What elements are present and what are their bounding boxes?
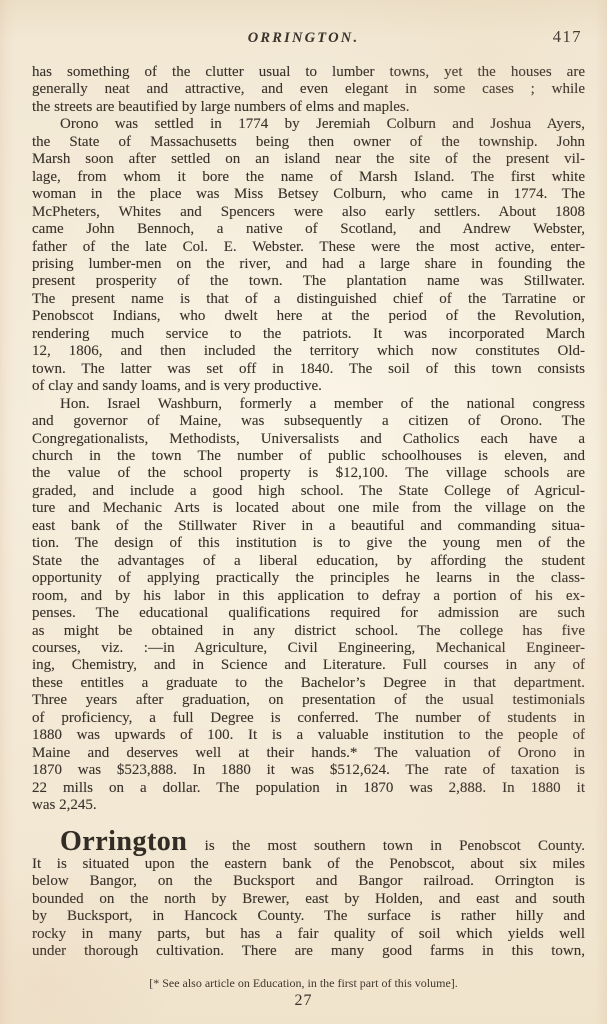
page-header: ORRINGTON. 417: [0, 0, 607, 52]
paragraph: Orrington is the most southern town in P…: [32, 833, 585, 960]
text-line: Penobscot Indians, who dwelt here at the…: [32, 308, 585, 325]
text-line: Maine and deserves well at their hands.*…: [32, 745, 585, 762]
text-line: and governor of Maine, was subsequently …: [32, 413, 585, 430]
text-line: ing, Chemistry, and in Science and Liter…: [32, 657, 585, 674]
text-line: of clay and sandy loams, and is very pro…: [32, 378, 585, 395]
text-line: Marsh soon after settled on an island ne…: [32, 151, 585, 168]
text-line: State the advantages of a liberal educat…: [32, 553, 585, 570]
text-line: below Bangor, on the Bucksport and Bango…: [32, 873, 585, 890]
signature-number: 27: [0, 992, 607, 1010]
text-line: town. The latter was set off in 1840. Th…: [32, 361, 585, 378]
text-line: came John Bennoch, a native of Scotland,…: [32, 221, 585, 238]
text-line: rendering much service to the patriots. …: [32, 326, 585, 343]
footnote: [* See also article on Education, in the…: [0, 976, 607, 991]
paragraph: has something of the clutter usual to lu…: [32, 64, 585, 116]
text-line: has something of the clutter usual to lu…: [32, 64, 585, 81]
text-line: the value of the school property is $12,…: [32, 465, 585, 482]
text-line: room, and by his labor in this applicati…: [32, 588, 585, 605]
text-line: church in the town The number of public …: [32, 448, 585, 465]
paragraph: Hon. Israel Washburn, formerly a member …: [32, 396, 585, 815]
text-line: graded, and include a good high school. …: [32, 483, 585, 500]
text-line: east bank of the Stillwater River in a b…: [32, 518, 585, 535]
page-number: 417: [553, 27, 582, 47]
section-lead-word: Orrington: [60, 826, 187, 857]
text-line: of proficiency, a full Degree is conferr…: [32, 710, 585, 727]
text-line: Orrington is the most southern town in P…: [32, 833, 585, 855]
book-page: ORRINGTON. 417 has something of the clut…: [0, 0, 607, 1024]
paragraph: Orono was settled in 1774 by Jeremiah Co…: [32, 116, 585, 395]
text-line: the streets are beautified by large numb…: [32, 99, 585, 116]
text-line: 22 mills on a dollar. The population in …: [32, 780, 585, 797]
text-line: tion. The design of this institution is …: [32, 535, 585, 552]
text-line: was 2,245.: [32, 797, 585, 814]
text-line: ture and Mechanic Arts is located about …: [32, 500, 585, 517]
text-line: as might be obtained in any district sch…: [32, 623, 585, 640]
page-body: has something of the clutter usual to lu…: [0, 52, 607, 961]
text-line: by Bucksport, in Hancock County. The sur…: [32, 908, 585, 925]
text-line: penses. The educational qualifications r…: [32, 605, 585, 622]
text-line: Three years after graduation, on present…: [32, 692, 585, 709]
text-line: Orono was settled in 1774 by Jeremiah Co…: [32, 116, 585, 133]
text-line: Hon. Israel Washburn, formerly a member …: [32, 396, 585, 413]
text-line: 1870 was $523,888. In 1880 it was $512,6…: [32, 762, 585, 779]
text-line: Congregationalists, Methodists, Universa…: [32, 431, 585, 448]
text-line: opportunity of applying practically the …: [32, 570, 585, 587]
text-line: The present name is that of a distinguis…: [32, 291, 585, 308]
text-line: It is situated upon the eastern bank of …: [32, 856, 585, 873]
text-line: lage, from whom it bore the name of Mars…: [32, 169, 585, 186]
text-line: under thorough cultivation. There are ma…: [32, 943, 585, 960]
text-line: father of the late Col. E. Webster. Thes…: [32, 239, 585, 256]
text-line: prising lumber-men on the river, and had…: [32, 256, 585, 273]
text-line: present prosperity of the town. The plan…: [32, 273, 585, 290]
text-line: 1880 was upwards of 100. It is a valuabl…: [32, 727, 585, 744]
text-line-rest: is the most southern town in Penobscot C…: [205, 838, 585, 854]
text-line: 12, 1806, and then included the territor…: [32, 343, 585, 360]
text-line: bounded on the north by Brewer, east by …: [32, 891, 585, 908]
text-line: the State of Massachusetts being then ow…: [32, 134, 585, 151]
text-line: generally neat and attractive, and even …: [32, 81, 585, 98]
text-line: courses, viz. :—in Agriculture, Civil En…: [32, 640, 585, 657]
text-line: McPheters, Whites and Spencers were also…: [32, 204, 585, 221]
text-line: woman in the place was Miss Betsey Colbu…: [32, 186, 585, 203]
text-line: these entitles a graduate to the Bachelo…: [32, 675, 585, 692]
running-title: ORRINGTON.: [0, 30, 607, 47]
text-line: rocky in many parts, but has a fair qual…: [32, 926, 585, 943]
